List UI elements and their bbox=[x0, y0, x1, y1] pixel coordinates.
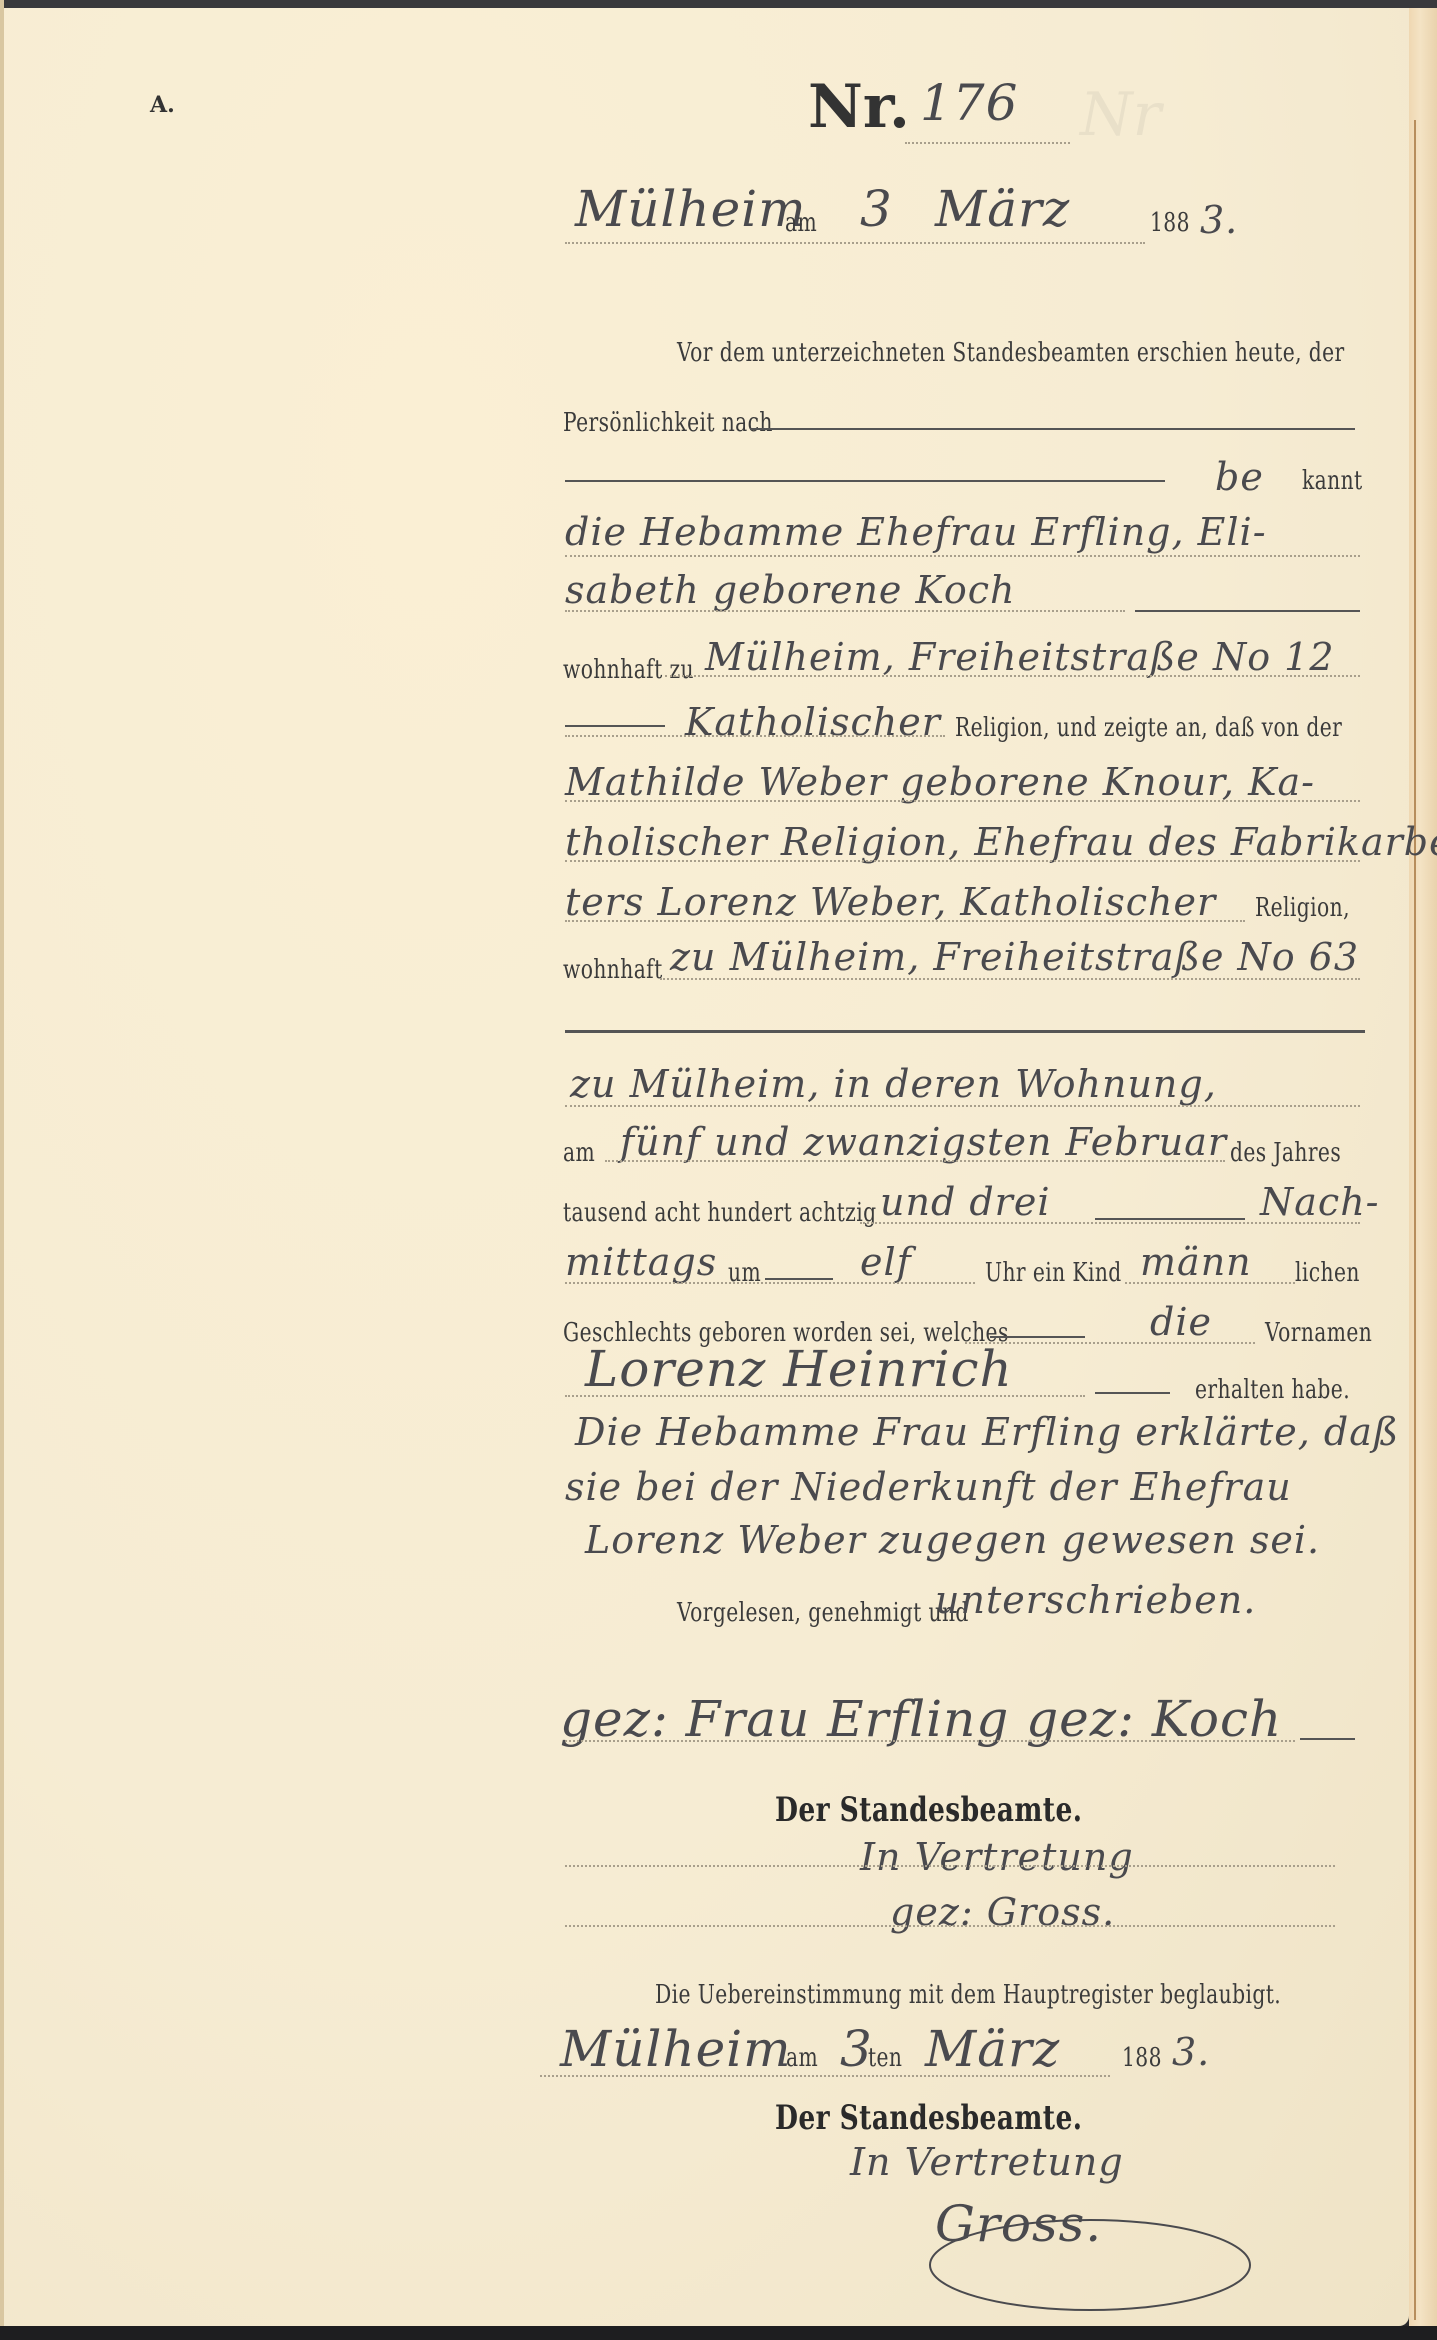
birth-place: zu Mülheim, in deren Wohnung, bbox=[570, 1062, 1217, 1106]
identity-line bbox=[750, 428, 1355, 430]
religion-label: Religion, bbox=[1255, 893, 1350, 923]
des-jahres: des Jahres bbox=[1230, 1138, 1341, 1168]
hour-hand: elf bbox=[860, 1240, 912, 1284]
year-hand: und drei bbox=[880, 1180, 1050, 1224]
header-day: 3 bbox=[860, 180, 893, 238]
informant-line-2: sabeth geborene Koch bbox=[565, 568, 1016, 612]
certification-statement: Die Uebereinstimmung mit dem Hauptregist… bbox=[655, 1980, 1281, 2010]
vornamen-prefix-line bbox=[990, 1336, 1085, 1338]
note-line-1: Die Hebamme Frau Erfling erklärte, daß bbox=[575, 1410, 1399, 1454]
record-number: 176 bbox=[920, 74, 1018, 132]
cert-place: Mülheim bbox=[560, 2020, 792, 2078]
known-print: kannt bbox=[1302, 466, 1363, 496]
informant-religion: Katholischer bbox=[685, 700, 941, 744]
mother-line-3-rule bbox=[565, 920, 1245, 922]
sex-rule bbox=[1125, 1282, 1295, 1284]
official-signature: gez: Gross. bbox=[890, 1890, 1115, 1934]
header-year-suffix: 3. bbox=[1200, 198, 1238, 242]
cert-line bbox=[540, 2075, 1110, 2077]
note-line-2: sie bei der Niederkunft der Ehefrau bbox=[565, 1465, 1292, 1509]
identity-label: Persönlichkeit nach bbox=[563, 408, 773, 438]
birth-date-rule bbox=[605, 1160, 1225, 1162]
signatures-rule bbox=[565, 1740, 1295, 1742]
bleed-through-text: Nr bbox=[1080, 80, 1161, 150]
year-print: tausend acht hundert achtzig bbox=[563, 1198, 876, 1228]
record-number-line bbox=[905, 142, 1070, 144]
header-line bbox=[565, 242, 1145, 244]
sex-hand: männ bbox=[1140, 1240, 1252, 1284]
uhr-kind: Uhr ein Kind bbox=[985, 1258, 1122, 1288]
known-line bbox=[565, 480, 1165, 482]
die-hand: die bbox=[1150, 1300, 1212, 1344]
book-bottom-edge bbox=[0, 2326, 1437, 2340]
informant-residence-rule bbox=[665, 675, 1360, 677]
time-rule bbox=[565, 1282, 975, 1284]
hour-prefix-line bbox=[765, 1278, 833, 1280]
informant-residence: Mülheim, Freiheitstraße No 12 bbox=[705, 635, 1335, 679]
informant-line-1: die Hebamme Ehefrau Erfling, Eli- bbox=[565, 510, 1267, 554]
cert-in-vertretung: In Vertretung bbox=[850, 2140, 1124, 2184]
mother-line-3: ters Lorenz Weber, Katholischer bbox=[565, 880, 1216, 924]
informant-line-2-solid bbox=[1135, 610, 1360, 612]
year-solid bbox=[1095, 1218, 1245, 1220]
birth-date: fünf und zwanzigsten Februar bbox=[620, 1120, 1227, 1164]
header-am: am bbox=[785, 208, 817, 238]
read-hand: unterschrieben. bbox=[935, 1578, 1256, 1622]
mother-line-2: tholischer Religion, Ehefrau des Fabrika… bbox=[565, 820, 1437, 864]
official-rule-1 bbox=[565, 1865, 1335, 1867]
mother-line-1: Mathilde Weber geborene Knour, Ka- bbox=[565, 760, 1315, 804]
header-year-prefix: 188 bbox=[1150, 208, 1190, 238]
mother-line-2-rule bbox=[565, 860, 1360, 862]
spine-thread bbox=[1414, 120, 1416, 2320]
cert-official-title: Der Standesbeamte. bbox=[775, 2098, 1082, 2138]
sex-print: lichen bbox=[1295, 1258, 1360, 1288]
known-hand: be bbox=[1215, 455, 1264, 499]
cert-day-suffix: ten bbox=[868, 2043, 902, 2073]
religion-rule bbox=[565, 735, 945, 737]
religion-prefix-line bbox=[565, 725, 665, 727]
record-number-label: Nr. bbox=[808, 72, 910, 142]
official-rule-2 bbox=[565, 1925, 1335, 1927]
read-label: Vorgelesen, genehmigt und bbox=[677, 1598, 969, 1628]
mother-residence-rule bbox=[660, 978, 1360, 980]
section-marker: A. bbox=[150, 92, 175, 118]
informant-line-1-rule bbox=[565, 555, 1360, 557]
in-vertretung: In Vertretung bbox=[860, 1835, 1134, 1879]
vornamen-label: Vornamen bbox=[1265, 1318, 1372, 1348]
time-hand-1: Nach- bbox=[1260, 1180, 1380, 1224]
am-label: am bbox=[563, 1138, 595, 1168]
section-divider bbox=[565, 1030, 1365, 1033]
residence-label: wohnhaft zu bbox=[563, 655, 694, 685]
cert-year-prefix: 188 bbox=[1122, 2043, 1162, 2073]
child-names: Lorenz Heinrich bbox=[585, 1340, 1013, 1398]
informant-line-2-rule bbox=[565, 610, 1125, 612]
signature-flourish bbox=[920, 2210, 1260, 2320]
cert-am: am bbox=[786, 2043, 818, 2073]
mother-residence: zu Mülheim, Freiheitstraße No 63 bbox=[670, 935, 1359, 979]
cert-month: März bbox=[925, 2020, 1060, 2078]
erhalten-label: erhalten habe. bbox=[1195, 1375, 1350, 1405]
book-top-edge bbox=[0, 0, 1437, 8]
residence-label-2: wohnhaft bbox=[563, 955, 663, 985]
header-place: Mülheim bbox=[575, 180, 807, 238]
note-line-3: Lorenz Weber zugegen gewesen sei. bbox=[585, 1518, 1320, 1562]
time-hand-2: mittags bbox=[565, 1240, 717, 1284]
intro-text: Vor dem unterzeichneten Standesbeamten e… bbox=[677, 338, 1345, 368]
religion-statement: Religion, und zeigte an, daß von der bbox=[955, 713, 1342, 743]
mother-line-1-rule bbox=[565, 800, 1360, 802]
signatures-solid bbox=[1300, 1738, 1355, 1740]
header-month: März bbox=[935, 180, 1070, 238]
birth-place-rule bbox=[565, 1105, 1360, 1107]
year-rule bbox=[860, 1222, 1360, 1224]
cert-year-suffix: 3. bbox=[1172, 2030, 1210, 2074]
child-names-rule bbox=[565, 1395, 1085, 1397]
child-names-solid bbox=[1095, 1392, 1170, 1394]
official-title: Der Standesbeamte. bbox=[775, 1790, 1082, 1830]
